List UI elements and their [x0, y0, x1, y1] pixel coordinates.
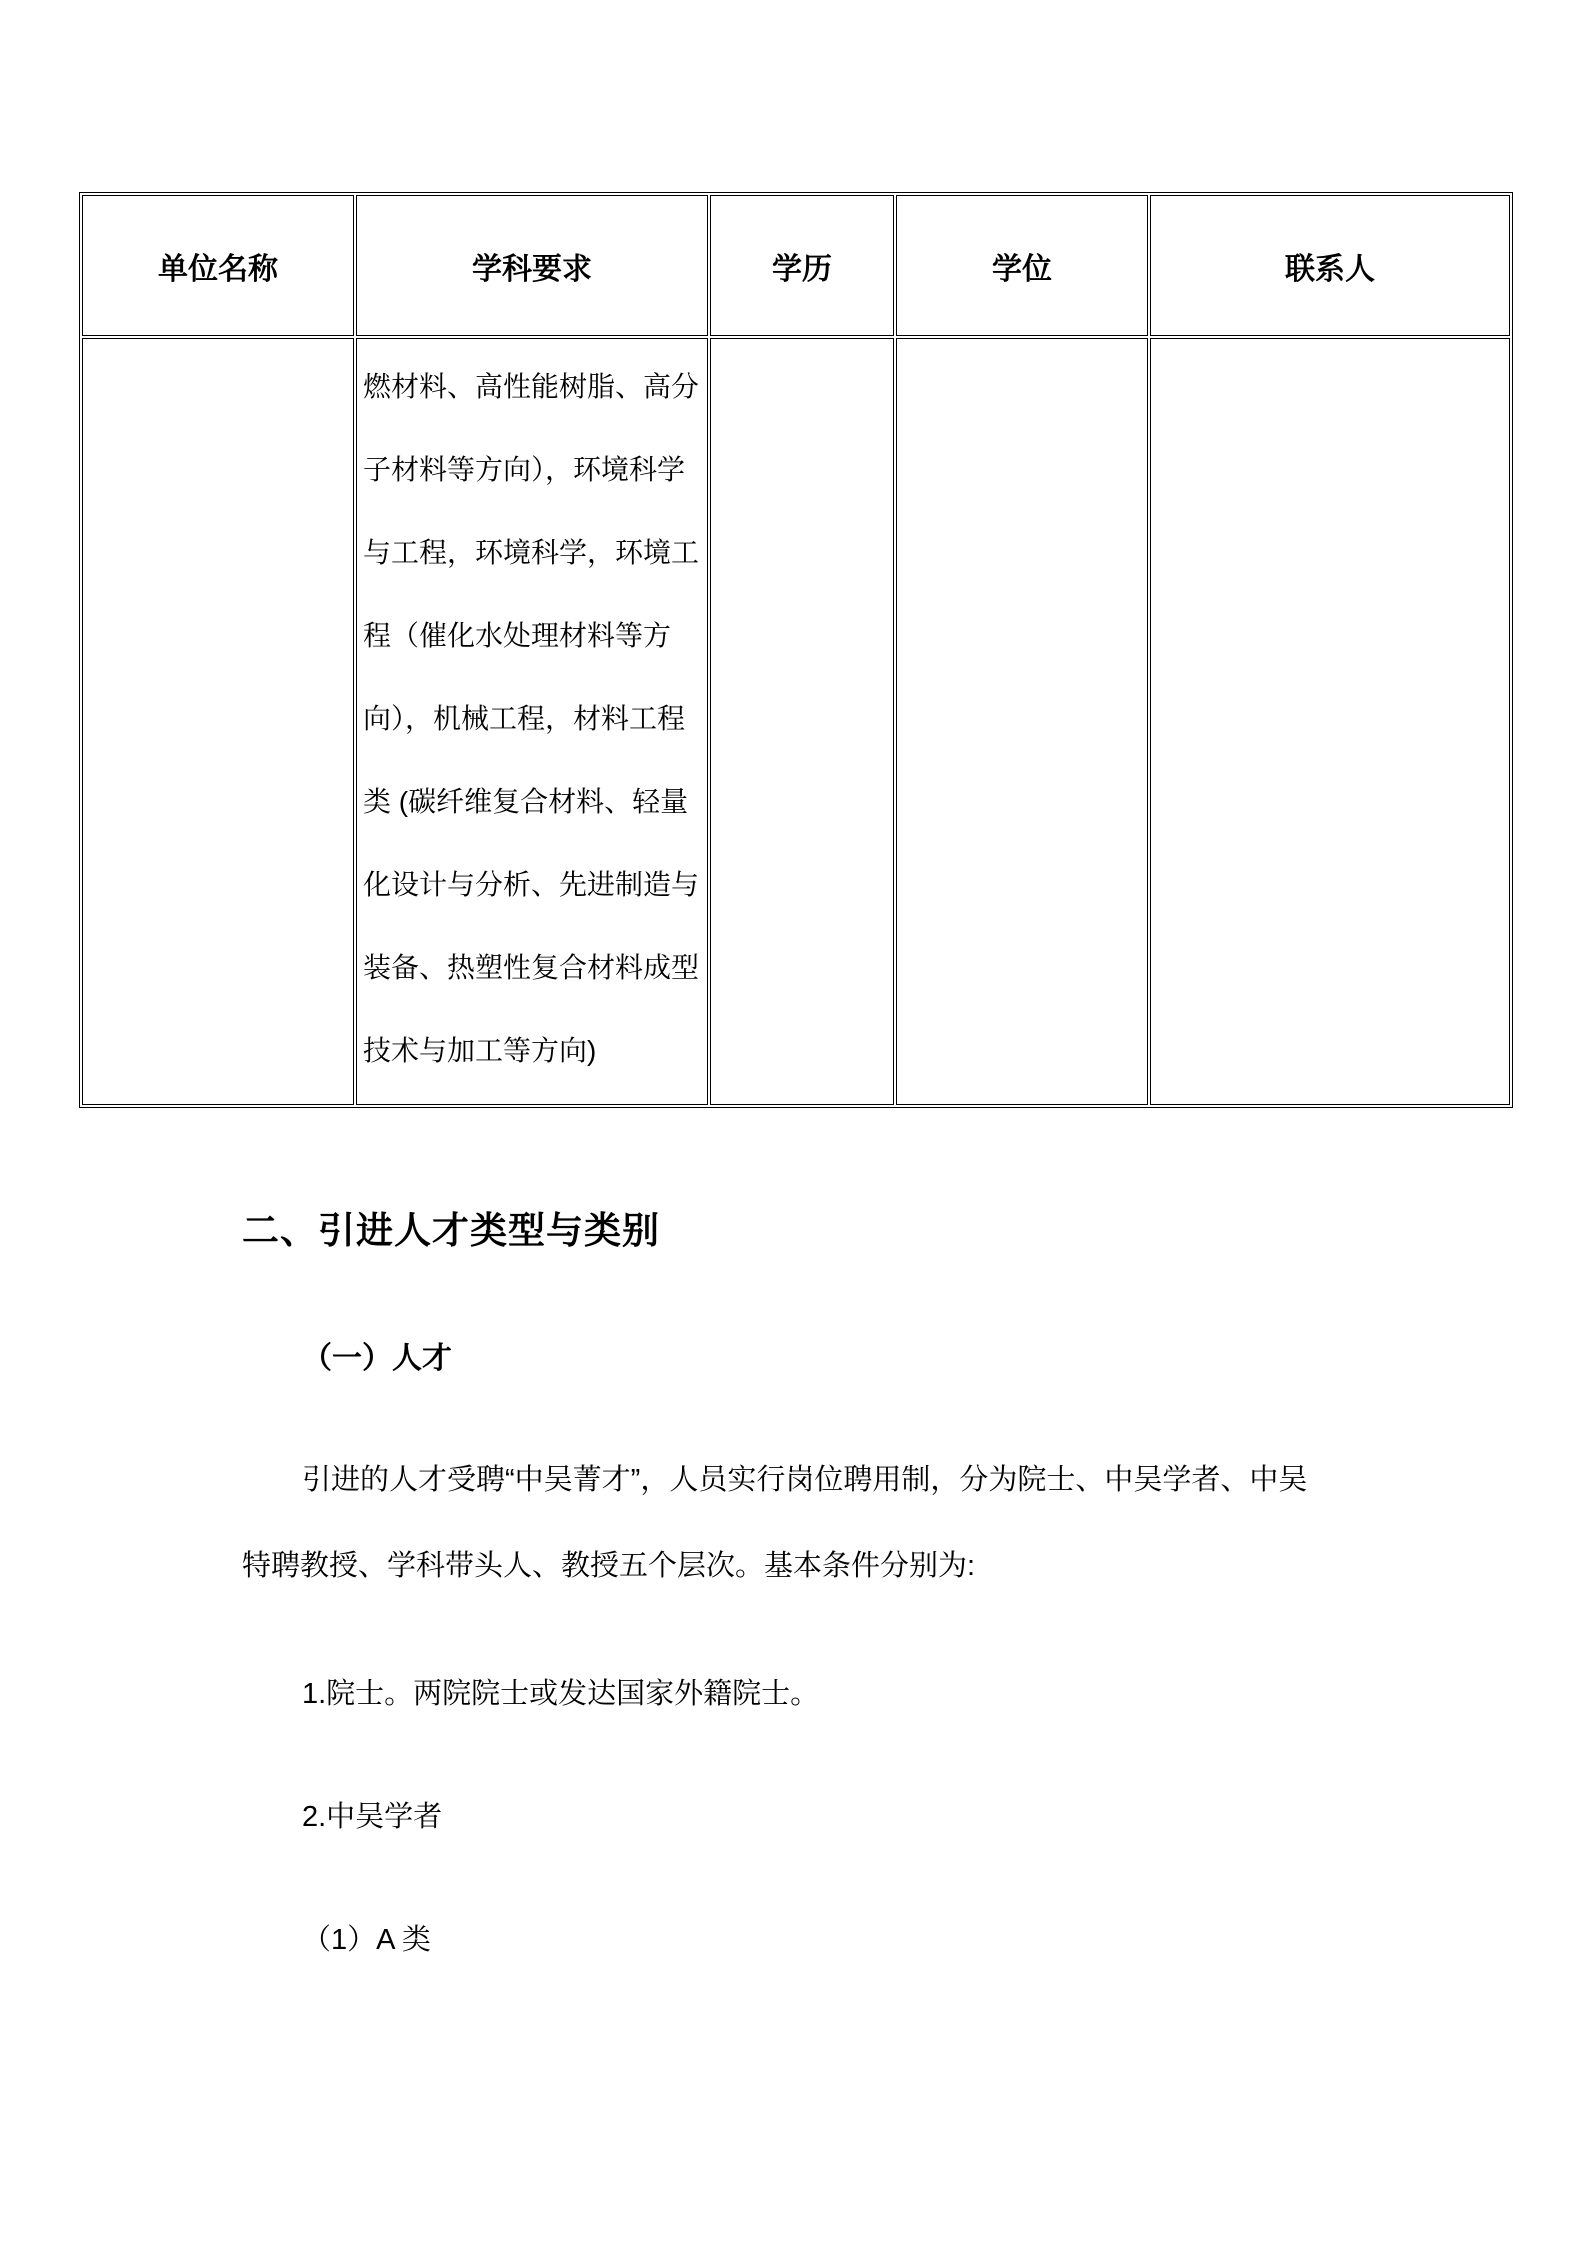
table-header-row: 单位名称 学科要求 学历 学位 联系人 [82, 195, 1510, 336]
recruitment-table: 单位名称 学科要求 学历 学位 联系人 燃材料、高性能树脂、高分 子材料等方向）… [79, 192, 1513, 1108]
header-contact: 联系人 [1150, 195, 1510, 336]
cell-education [710, 338, 894, 1105]
header-education: 学历 [710, 195, 894, 336]
cell-degree [896, 338, 1148, 1105]
cell-subject-requirements: 燃材料、高性能树脂、高分 子材料等方向），环境科学 与工程，环境科学，环境工 程… [356, 338, 708, 1105]
cell-contact [1150, 338, 1510, 1105]
list-item-1: 1.院士。两院院士或发达国家外籍院士。 [302, 1671, 819, 1717]
header-degree: 学位 [896, 195, 1148, 336]
header-subject-requirements: 学科要求 [356, 195, 708, 336]
header-unit-name: 单位名称 [82, 195, 354, 336]
list-item-3: （1）A 类 [302, 1917, 431, 1963]
section-subheading: （一）人才 [302, 1336, 452, 1382]
paragraph-line-2: 特聘教授、学科带头人、教授五个层次。基本条件分别为: [242, 1543, 975, 1589]
table-row: 燃材料、高性能树脂、高分 子材料等方向），环境科学 与工程，环境科学，环境工 程… [82, 338, 1510, 1105]
list-item-2: 2.中吴学者 [302, 1794, 442, 1840]
document-page: 单位名称 学科要求 学历 学位 联系人 燃材料、高性能树脂、高分 子材料等方向）… [0, 0, 1587, 2245]
paragraph-line-1: 引进的人才受聘“中吴菁才”，人员实行岗位聘用制，分为院士、中吴学者、中吴 [302, 1457, 1307, 1503]
section-heading: 二、引进人才类型与类别 [242, 1206, 660, 1256]
cell-unit-name [82, 338, 354, 1105]
